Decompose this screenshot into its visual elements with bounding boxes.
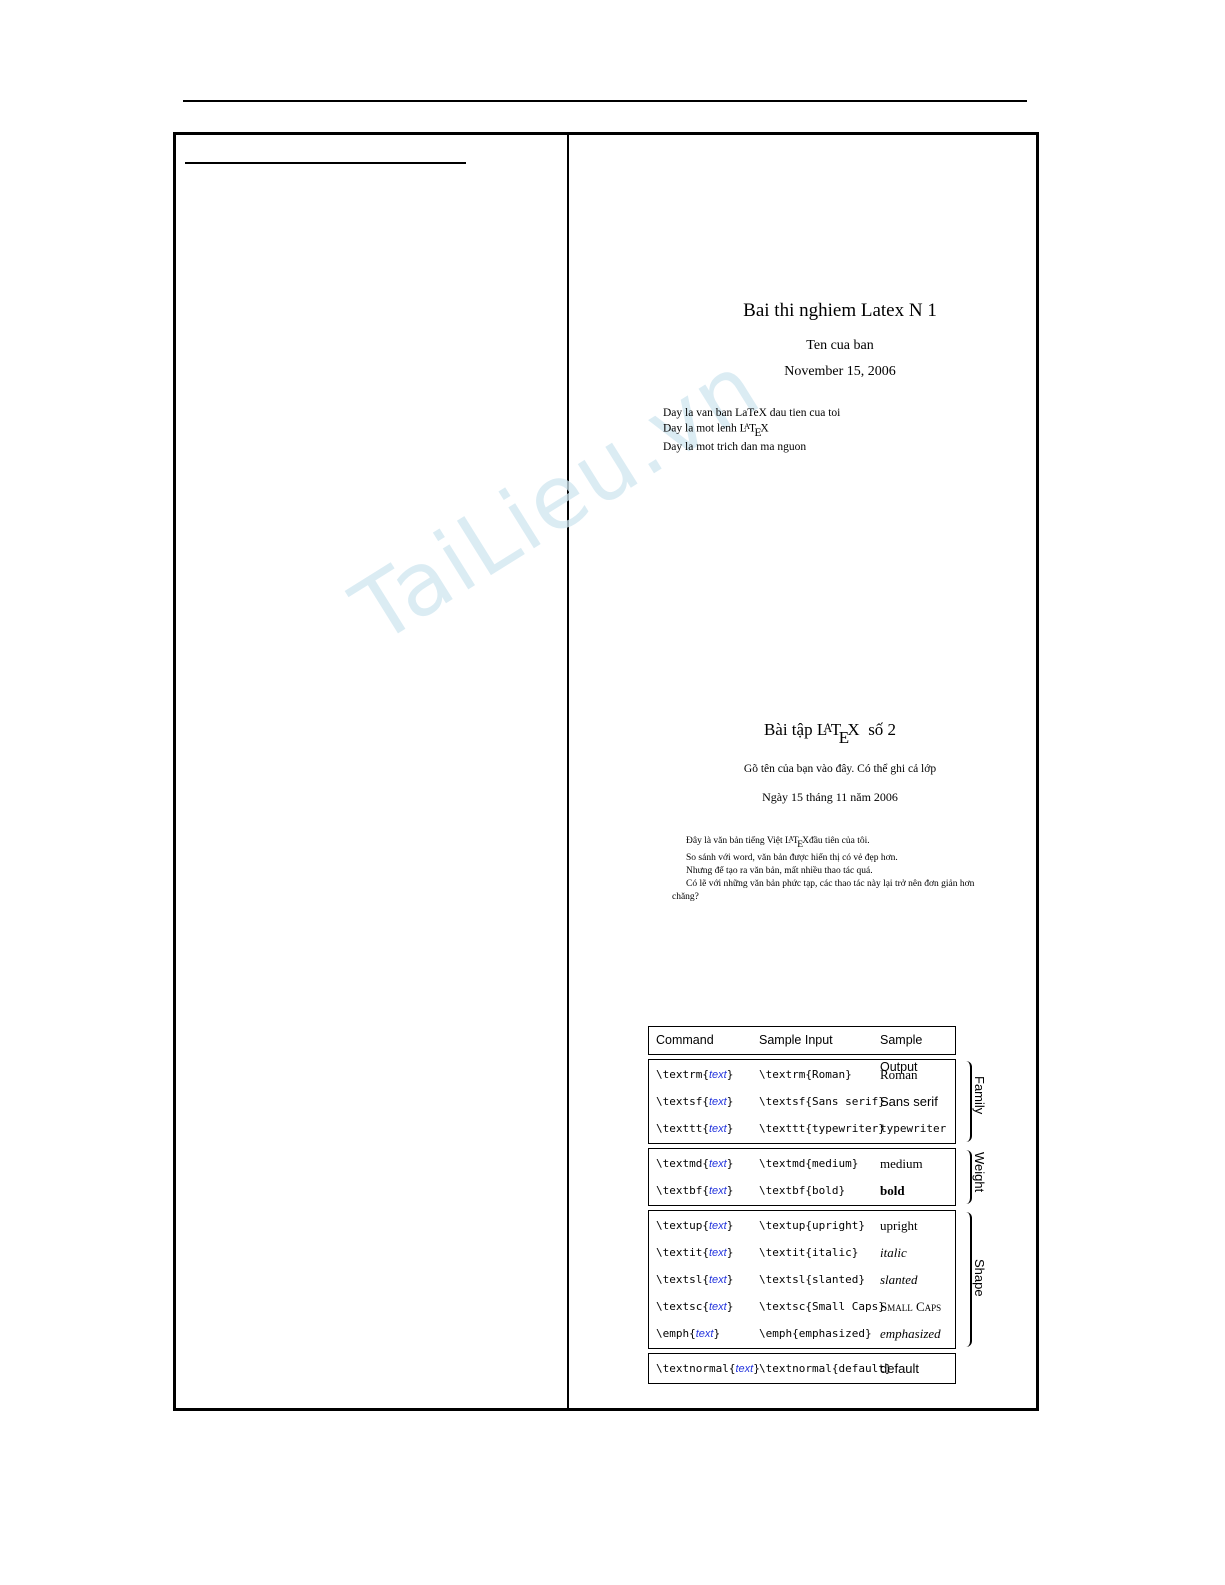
command-cell: \textsf{text} <box>656 1088 733 1116</box>
command-cell: \emph{text} <box>656 1320 720 1348</box>
command-cell: \textbf{text} <box>656 1177 733 1205</box>
latex-logo: LATEX <box>785 833 809 852</box>
sample-output-cell: italic <box>880 1239 907 1266</box>
sample-input-cell: \textrm{Roman} <box>759 1061 852 1088</box>
group-label: Weight <box>972 1152 987 1192</box>
sample-input-cell: \textmd{medium} <box>759 1150 858 1177</box>
sample-output-cell: Roman <box>880 1061 918 1088</box>
column-header: Command <box>656 1027 714 1054</box>
sample-output-cell: slanted <box>880 1266 918 1293</box>
table-row: \textit{text}\textit{italic}italic <box>649 1239 955 1266</box>
table-group-shape: \textup{text}\textup{upright}upright\tex… <box>648 1210 956 1349</box>
column-header: Sample Input <box>759 1027 833 1054</box>
sample-output-cell: Small Caps <box>880 1293 941 1320</box>
command-cell: \texttt{text} <box>656 1115 733 1143</box>
argument-placeholder: text <box>709 1123 727 1135</box>
group-brace <box>962 1212 972 1347</box>
sample-input-cell: \textsf{Sans serif} <box>759 1088 885 1115</box>
argument-placeholder: text <box>709 1220 727 1232</box>
table-group-default: \textnormal{text}\textnormal{default}def… <box>648 1353 956 1384</box>
doc2-line: So sánh với word, văn bản được hiển thị … <box>672 852 990 865</box>
table-row: \emph{text}\emph{emphasized}emphasized <box>649 1320 955 1347</box>
group-brace <box>962 1150 972 1204</box>
sample-output-cell: medium <box>880 1150 923 1177</box>
sample-input-cell: \textup{upright} <box>759 1212 865 1239</box>
sample-input-cell: \textnormal{default} <box>759 1355 891 1382</box>
doc2-line: Có lẽ với những văn bản phức tạp, các th… <box>672 878 990 891</box>
doc1-date: November 15, 2006 <box>700 364 980 380</box>
doc2-body: Đây là văn bản tiếng Việt LATEXđầu tiên … <box>672 833 990 904</box>
argument-placeholder: text <box>709 1247 727 1259</box>
table-group-weight: \textmd{text}\textmd{medium}medium\textb… <box>648 1148 956 1206</box>
sample-output-cell: bold <box>880 1177 905 1204</box>
sample-output-cell: emphasized <box>880 1320 941 1347</box>
group-label: Shape <box>972 1259 987 1297</box>
column-divider <box>567 132 569 1409</box>
table-header-row: CommandSample InputSample Output <box>649 1027 955 1054</box>
argument-placeholder: text <box>709 1158 727 1170</box>
doc2-line: Nhưng để tạo ra văn bản, mất nhiều thao … <box>672 865 990 878</box>
argument-placeholder: text <box>709 1185 727 1197</box>
table-row: \texttt{text}\texttt{typewriter}typewrit… <box>649 1115 955 1142</box>
table-group-family: \textrm{text}\textrm{Roman}Roman\textsf{… <box>648 1059 956 1144</box>
sample-input-cell: \emph{emphasized} <box>759 1320 872 1347</box>
table-row: \textbf{text}\textbf{bold}bold <box>649 1177 955 1204</box>
sample-output-cell: upright <box>880 1212 918 1239</box>
command-cell: \textsc{text} <box>656 1293 733 1321</box>
sample-input-cell: \textit{italic} <box>759 1239 858 1266</box>
doc1-author: Ten cua ban <box>700 338 980 354</box>
argument-placeholder: text <box>709 1274 727 1286</box>
sample-input-cell: \textbf{bold} <box>759 1177 845 1204</box>
argument-placeholder: text <box>709 1069 727 1081</box>
doc2-author: Gõ tên của bạn vào đây. Có thể ghi cả lớ… <box>700 763 980 775</box>
sample-output-cell: typewriter <box>880 1115 946 1142</box>
command-cell: \textsl{text} <box>656 1266 733 1294</box>
table-row: \textsl{text}\textsl{slanted}slanted <box>649 1266 955 1293</box>
doc2-date: Ngày 15 tháng 11 năm 2006 <box>700 790 960 805</box>
argument-placeholder: text <box>709 1301 727 1313</box>
doc1-title: Bai thi nghiem Latex N 1 <box>700 300 980 322</box>
table-header-box: CommandSample InputSample Output <box>648 1026 956 1055</box>
argument-placeholder: text <box>735 1363 753 1375</box>
sample-input-cell: \texttt{typewriter} <box>759 1115 885 1142</box>
argument-placeholder: text <box>709 1096 727 1108</box>
sample-input-cell: \textsc{Small Caps} <box>759 1293 885 1320</box>
command-cell: \textnormal{text} <box>656 1355 760 1383</box>
table-row: \textup{text}\textup{upright}upright <box>649 1212 955 1239</box>
sample-output-cell: default <box>880 1355 919 1382</box>
doc2-title: Bài tập LATEX số 2 <box>700 720 960 748</box>
table-row: \textsc{text}\textsc{Small Caps}Small Ca… <box>649 1293 955 1320</box>
doc1-line: Day la mot lenh LATEX <box>663 420 840 440</box>
latex-logo: LATEX <box>740 420 769 440</box>
sample-output-cell: Sans serif <box>880 1088 938 1115</box>
doc1-line: Day la mot trich dan ma nguon <box>663 440 840 454</box>
argument-placeholder: text <box>696 1328 714 1340</box>
command-cell: \textmd{text} <box>656 1150 733 1178</box>
command-cell: \textup{text} <box>656 1212 733 1240</box>
sample-input-cell: \textsl{slanted} <box>759 1266 865 1293</box>
group-brace <box>962 1061 972 1142</box>
command-cell: \textrm{text} <box>656 1061 733 1089</box>
latex-logo: LATEX <box>817 720 860 748</box>
doc1-body: Day la van ban LaTeX dau tien cua toi Da… <box>663 406 840 454</box>
table-row: \textnormal{text}\textnormal{default}def… <box>649 1355 955 1382</box>
doc2-line: chăng? <box>672 891 990 904</box>
table-row: \textsf{text}\textsf{Sans serif}Sans ser… <box>649 1088 955 1115</box>
group-label: Family <box>972 1076 987 1114</box>
table-row: \textmd{text}\textmd{medium}medium <box>649 1150 955 1177</box>
command-cell: \textit{text} <box>656 1239 733 1267</box>
table-row: \textrm{text}\textrm{Roman}Roman <box>649 1061 955 1088</box>
header-rule <box>183 100 1027 102</box>
doc1-line: Day la van ban LaTeX dau tien cua toi <box>663 406 840 420</box>
left-column-underline <box>185 162 466 164</box>
doc2-line: Đây là văn bản tiếng Việt LATEXđầu tiên … <box>672 833 990 852</box>
